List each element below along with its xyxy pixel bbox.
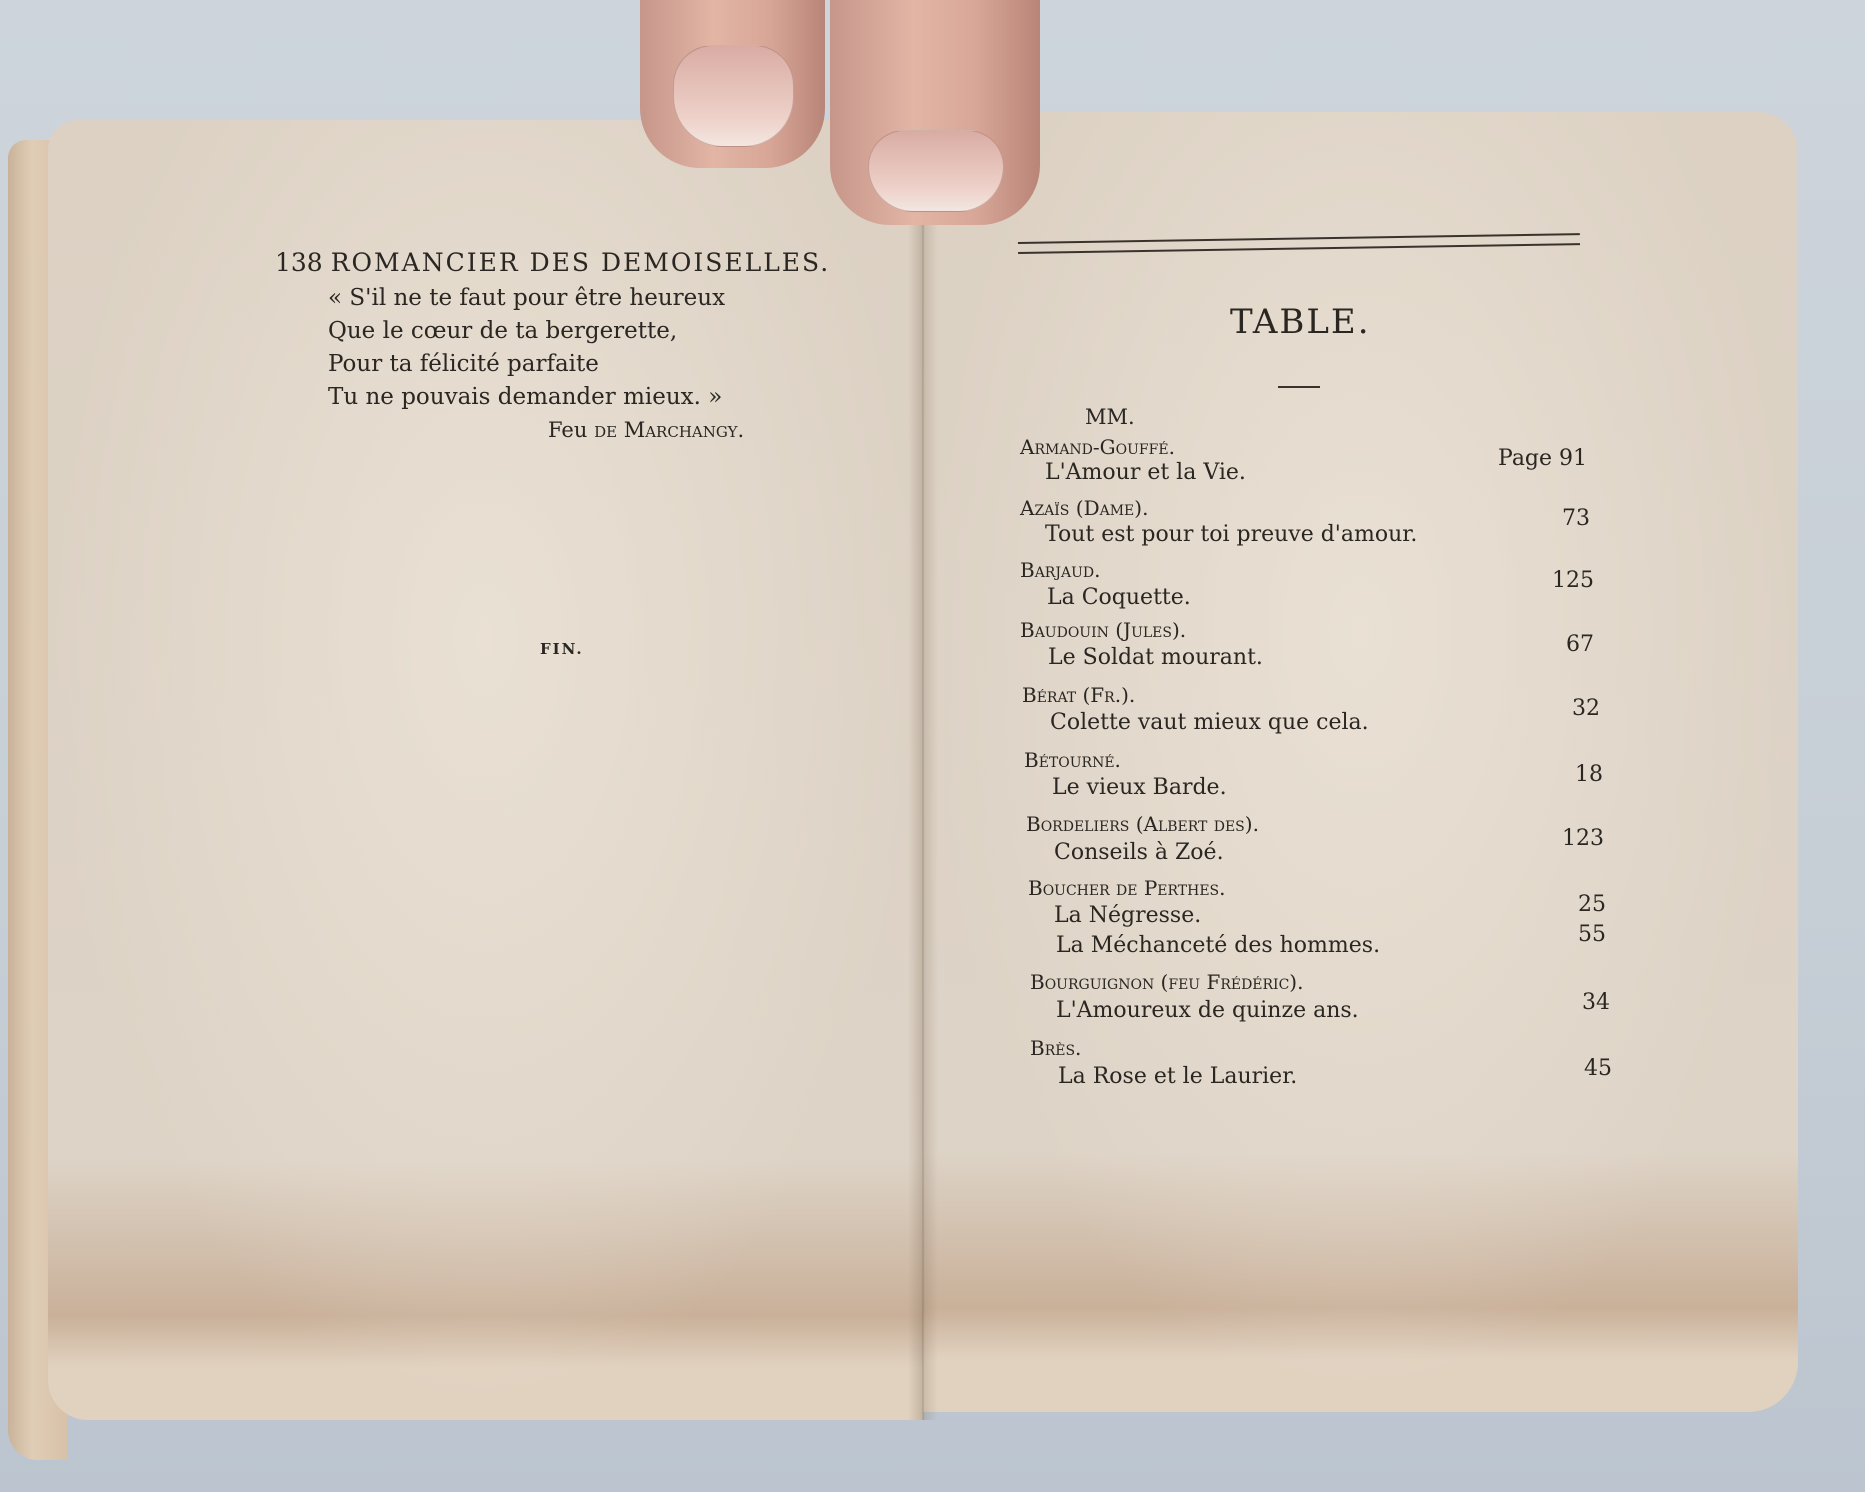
left-page	[48, 120, 923, 1420]
toc-title: Colette vaut mieux que cela.	[1050, 710, 1369, 735]
toc-page: 25	[1578, 892, 1606, 917]
toc-title: Conseils à Zoé.	[1054, 840, 1224, 865]
toc-author: Barjaud.	[1020, 558, 1100, 582]
toc-title: La Coquette.	[1047, 585, 1191, 610]
toc-page: 67	[1566, 632, 1594, 657]
toc-page: 123	[1562, 826, 1604, 851]
running-head: 138ROMANCIER DES DEMOISELLES.	[275, 248, 830, 277]
page-number: 138	[275, 248, 323, 277]
toc-author: Brès.	[1030, 1036, 1081, 1060]
verse-line: « S'il ne te faut pour être heureux	[328, 285, 725, 311]
toc-title: Le vieux Barde.	[1052, 775, 1227, 800]
honorific: MM.	[1085, 405, 1135, 429]
attribution: Feu de Marchangy.	[548, 418, 744, 442]
toc-title: Tout est pour toi preuve d'amour.	[1045, 522, 1417, 547]
toc-author: Bordeliers (Albert des).	[1026, 812, 1259, 836]
toc-author: Armand-Gouffé.	[1020, 435, 1175, 459]
toc-author: Bérat (Fr.).	[1022, 683, 1135, 707]
toc-author: Azaïs (Dame).	[1020, 496, 1148, 520]
toc-title: La Négresse.	[1054, 903, 1201, 928]
short-rule	[1278, 386, 1320, 388]
verse-line: Tu ne pouvais demander mieux. »	[328, 384, 722, 410]
toc-title: L'Amour et la Vie.	[1045, 460, 1246, 485]
table-heading: TABLE.	[1230, 302, 1371, 342]
verse-line: Que le cœur de ta bergerette,	[328, 318, 677, 344]
toc-page: 45	[1584, 1056, 1612, 1081]
toc-author: Boucher de Perthes.	[1028, 876, 1226, 900]
finger-right	[830, 0, 1040, 225]
toc-title: L'Amoureux de quinze ans.	[1056, 998, 1359, 1023]
toc-title: La Méchanceté des hommes.	[1056, 933, 1380, 958]
toc-page: 125	[1552, 568, 1594, 593]
toc-title: La Rose et le Laurier.	[1058, 1064, 1297, 1089]
toc-page: 55	[1578, 922, 1606, 947]
end-mark: FIN.	[540, 640, 584, 658]
open-book	[8, 120, 1798, 1470]
finger-left	[640, 0, 825, 168]
running-head-title: ROMANCIER DES DEMOISELLES.	[331, 248, 831, 277]
toc-page: 32	[1572, 696, 1600, 721]
toc-author: Bétourné.	[1024, 748, 1121, 772]
toc-author: Bourguignon (feu Frédéric).	[1030, 970, 1303, 994]
toc-page: 34	[1582, 990, 1610, 1015]
toc-page: Page 91	[1498, 446, 1587, 471]
toc-page: 73	[1562, 506, 1590, 531]
book-gutter	[908, 120, 938, 1420]
toc-author: Baudouin (Jules).	[1020, 618, 1186, 642]
toc-title: Le Soldat mourant.	[1048, 645, 1263, 670]
verse-line: Pour ta félicité parfaite	[328, 351, 599, 377]
toc-page: 18	[1575, 762, 1603, 787]
